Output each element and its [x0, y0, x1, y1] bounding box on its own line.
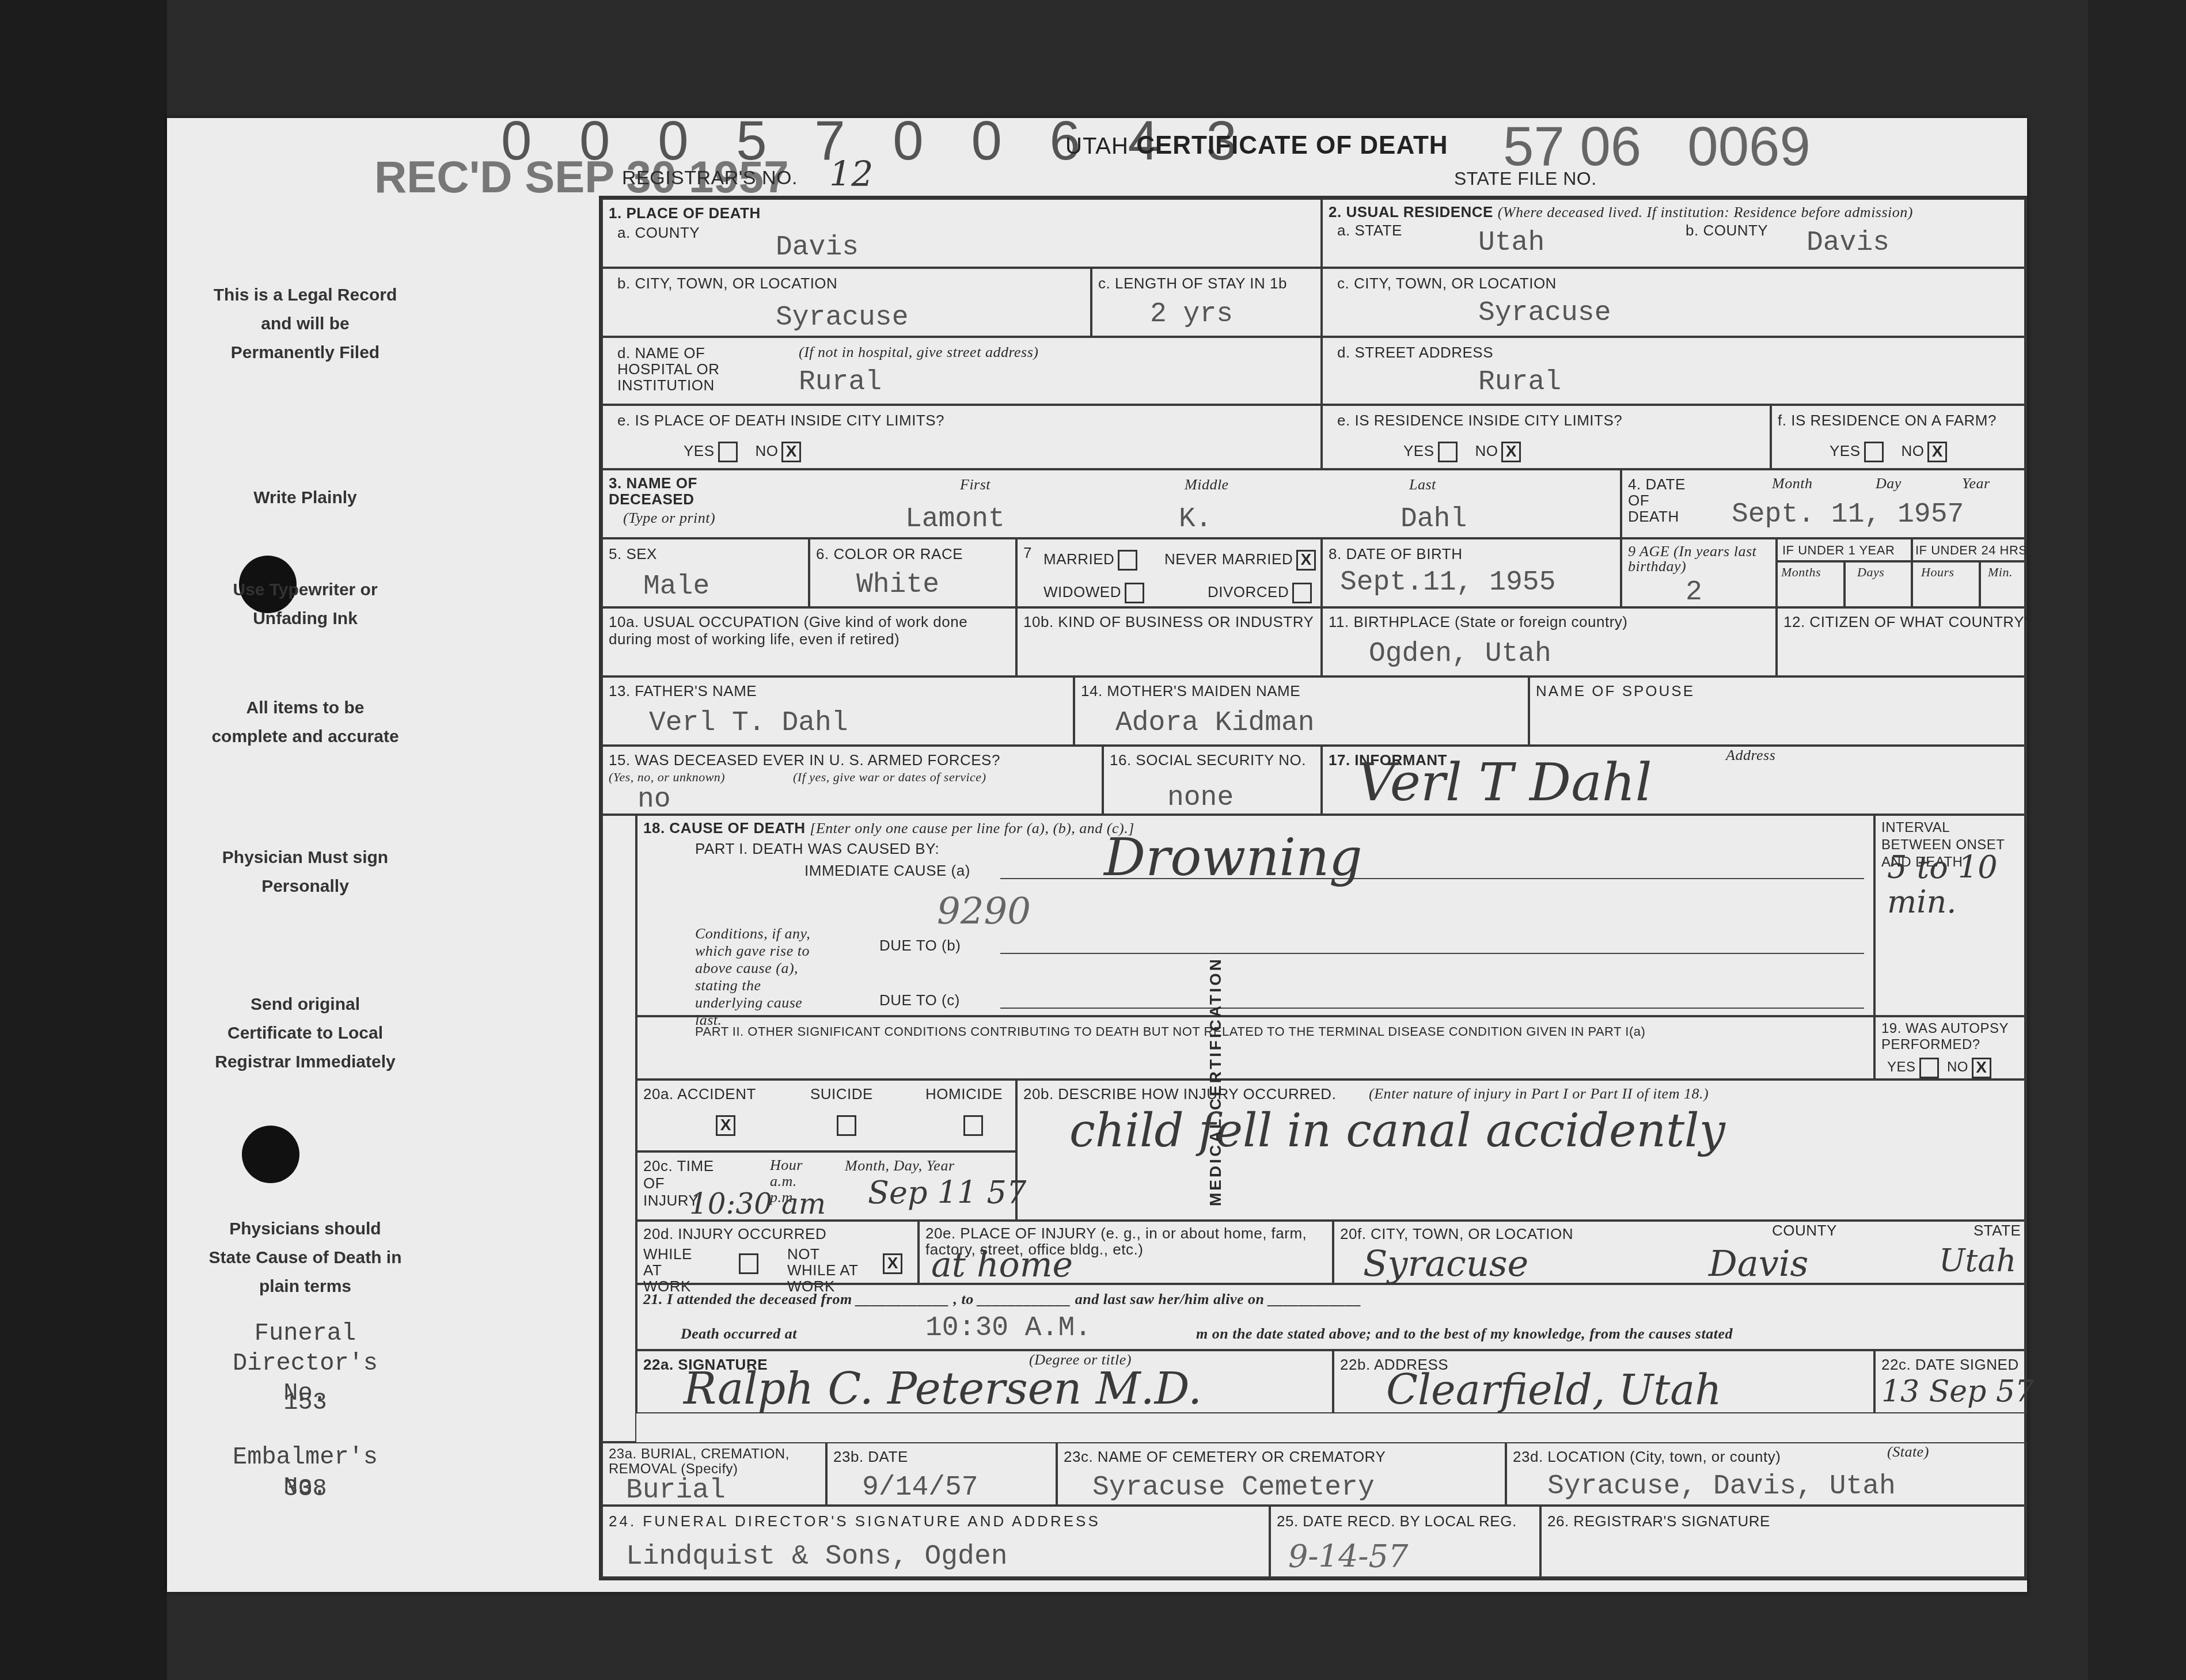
- armed-forces-cell: 15. WAS DECEASED EVER IN U. S. ARMED FOR…: [602, 746, 1103, 815]
- date-signed-label: 22c. DATE SIGNED: [1881, 1356, 2019, 1374]
- under-1-year-cell: IF UNDER 1 YEAR: [1777, 538, 1912, 561]
- deceased-middle-name: K.: [1179, 504, 1212, 535]
- accident-checkbox[interactable]: X: [716, 1115, 735, 1136]
- hospital-cell: d. NAME OF HOSPITAL OR INSTITUTION (If n…: [602, 337, 1322, 405]
- death-occurred-label: Death occurred at: [681, 1325, 797, 1343]
- armed-forces-note: (Yes, no, or unknown): [609, 770, 725, 785]
- farm-no-checkbox[interactable]: X: [1927, 442, 1947, 462]
- registrar-signature-cell: 26. REGISTRAR'S SIGNATURE: [1540, 1506, 2027, 1578]
- widowed-label: WIDOWED: [1043, 583, 1121, 600]
- cemetery-cell: 23c. NAME OF CEMETERY OR CREMATORY Syrac…: [1057, 1442, 1506, 1506]
- document-title: UTAH CERTIFICATE OF DEATH: [1065, 131, 1448, 160]
- autopsy-no-checkbox[interactable]: X: [1972, 1058, 1991, 1078]
- side-note: Physician Must sign Personally: [207, 843, 403, 901]
- occupation-cell: 10a. USUAL OCCUPATION (Give kind of work…: [602, 607, 1016, 676]
- due-to-b-line: [1000, 953, 1864, 954]
- min-cell: Min.: [1980, 561, 2027, 607]
- residence-inside-limits-cell: e. IS RESIDENCE INSIDE CITY LIMITS? YES …: [1322, 405, 1771, 469]
- street-label: d. STREET ADDRESS: [1337, 344, 1493, 362]
- hours-label: Hours: [1921, 565, 1955, 580]
- spouse-cell: NAME OF SPOUSE: [1529, 676, 2027, 746]
- married-checkbox[interactable]: [1118, 550, 1137, 571]
- death-city: Syracuse: [776, 302, 908, 333]
- min-label: Min.: [1988, 565, 2013, 580]
- burial-location-cell: 23d. LOCATION (City, town, or county) (S…: [1506, 1442, 2027, 1506]
- funeral-director: Lindquist & Sons, Ogden: [626, 1541, 1008, 1572]
- side-note: Write Plainly: [207, 484, 403, 512]
- part2-label: PART II. OTHER SIGNIFICANT CONDITIONS CO…: [695, 1024, 1645, 1039]
- cause-note: [Enter only one cause per line for (a), …: [810, 820, 1134, 837]
- date-of-death: Sept. 11, 1957: [1732, 499, 1964, 530]
- funeral-director-cell: 24. FUNERAL DIRECTOR'S SIGNATURE AND ADD…: [602, 1506, 1270, 1578]
- attendance-statement: 21. I attended the deceased from _______…: [643, 1291, 1362, 1308]
- state-label: a. STATE: [1337, 222, 1402, 240]
- date-of-death-cell: 4. DATE OF DEATH Month Day Year Sept. 11…: [1621, 469, 2027, 538]
- residence-county: Davis: [1807, 227, 1889, 259]
- month-label: Month: [1772, 475, 1812, 492]
- physician-signature: Ralph C. Petersen M.D.: [684, 1363, 1202, 1414]
- due-to-b-label: DUE TO (b): [879, 937, 961, 955]
- length-of-stay-label: c. LENGTH OF STAY IN 1b: [1098, 275, 1287, 292]
- cemetery-label: 23c. NAME OF CEMETERY OR CREMATORY: [1064, 1448, 1386, 1466]
- medical-certification-label: MEDICAL CERTIFICATION: [1206, 957, 1225, 1206]
- time-of-injury-cell: 20c. TIME OF INJURY Hour a.m. p.m. Month…: [636, 1151, 1016, 1221]
- inside-limits-yes-checkbox[interactable]: [718, 442, 738, 462]
- father-name: Verl T. Dahl: [649, 708, 848, 739]
- informant-signature: Verl T Dahl: [1357, 752, 1652, 813]
- date-of-birth: Sept.11, 1955: [1340, 567, 1555, 598]
- autopsy-label: 19. WAS AUTOPSY PERFORMED?: [1881, 1021, 2022, 1053]
- usual-residence-note: (Where deceased lived. If institution: R…: [1498, 204, 1913, 221]
- deceased-last-name: Dahl: [1401, 504, 1467, 535]
- residence-inside-limits-label: e. IS RESIDENCE INSIDE CITY LIMITS?: [1337, 412, 1622, 429]
- residence-county-label: b. COUNTY: [1686, 222, 1768, 240]
- ssn-label: 16. SOCIAL SECURITY NO.: [1110, 751, 1306, 769]
- birthplace-label: 11. BIRTHPLACE (State or foreign country…: [1329, 613, 1628, 631]
- city-label: b. CITY, TOWN, OR LOCATION: [617, 275, 837, 292]
- farm-yes-checkbox[interactable]: [1864, 442, 1884, 462]
- mother-label: 14. MOTHER'S MAIDEN NAME: [1081, 682, 1300, 700]
- funeral-director-no: 153: [207, 1388, 403, 1417]
- injury-state-label: STATE: [1974, 1222, 2021, 1240]
- funeral-director-label: 24. FUNERAL DIRECTOR'S SIGNATURE AND ADD…: [609, 1512, 1100, 1530]
- residence-limits-yes-checkbox[interactable]: [1438, 442, 1458, 462]
- date-of-injury: Sep 11 57: [868, 1175, 1026, 1211]
- suicide-label: SUICIDE: [810, 1085, 873, 1103]
- injury-county: Davis: [1709, 1242, 1808, 1284]
- mother-cell: 14. MOTHER'S MAIDEN NAME Adora Kidman: [1074, 676, 1529, 746]
- month-day-year-label: Month, Day, Year: [845, 1157, 955, 1175]
- deceased-name-label: 3. NAME OF DECEASED: [609, 474, 697, 508]
- immediate-cause: Drowning: [1104, 827, 1363, 888]
- sex-label: 5. SEX: [609, 545, 657, 563]
- days-cell: Days: [1845, 561, 1912, 607]
- residence-street-cell: d. STREET ADDRESS Rural: [1322, 337, 2027, 405]
- months-cell: Months: [1777, 561, 1845, 607]
- armed-forces: no: [637, 784, 671, 815]
- sex: Male: [643, 571, 709, 602]
- race: White: [856, 569, 939, 600]
- age-cell: 9 AGE (In years last birthday) 2: [1621, 538, 1777, 607]
- describe-injury-note: (Enter nature of injury in Part I or Par…: [1369, 1085, 1709, 1103]
- while-at-work-checkbox[interactable]: [739, 1253, 758, 1274]
- never-married-label: NEVER MARRIED: [1164, 550, 1293, 568]
- physician-address-cell: 22b. ADDRESS Clearfield, Utah: [1333, 1350, 1874, 1413]
- death-time: 10:30 A.M.: [925, 1313, 1091, 1344]
- father-label: 13. FATHER'S NAME: [609, 682, 757, 700]
- length-of-stay-cell: c. LENGTH OF STAY IN 1b 2 yrs: [1091, 268, 1322, 337]
- scan-background-right: [2088, 0, 2186, 1680]
- day-label: Day: [1876, 475, 1902, 492]
- dob-label: 8. DATE OF BIRTH: [1329, 545, 1462, 563]
- residence-city-cell: c. CITY, TOWN, OR LOCATION Syracuse: [1322, 268, 2027, 337]
- autopsy-yes-checkbox[interactable]: [1919, 1058, 1939, 1078]
- residence-street: Rural: [1478, 367, 1561, 398]
- side-note: Use Typewriter or Unfading Ink: [207, 576, 403, 633]
- occupation-label: 10a. USUAL OCCUPATION (Give kind of work…: [609, 613, 1006, 648]
- business-label: 10b. KIND OF BUSINESS OR INDUSTRY: [1023, 613, 1314, 631]
- physician-address: Clearfield, Utah: [1386, 1366, 1722, 1414]
- medical-certification-bar: [602, 815, 636, 1442]
- cause-code: 9290: [937, 891, 1031, 933]
- inside-city-limits-cell: e. IS PLACE OF DEATH INSIDE CITY LIMITS?…: [602, 405, 1322, 469]
- name-note: (Type or print): [623, 510, 715, 527]
- certificate-form: 1. PLACE OF DEATH a. COUNTY Davis b. CIT…: [599, 196, 2027, 1580]
- injury-city-label: 20f. CITY, TOWN, OR LOCATION: [1340, 1225, 1573, 1243]
- title-text: CERTIFICATE OF DEATH: [1136, 131, 1448, 159]
- interval-cell: INTERVAL BETWEEN ONSET AND DEATH 5 to 10…: [1874, 815, 2027, 1016]
- death-county: Davis: [776, 232, 859, 263]
- sex-cell: 5. SEX Male: [602, 538, 809, 607]
- married-label: MARRIED: [1043, 550, 1114, 568]
- burial-location: Syracuse, Davis, Utah: [1547, 1471, 1896, 1502]
- place-of-injury: at home: [931, 1245, 1073, 1285]
- date-of-death-label: 4. DATE OF DEATH: [1628, 476, 1697, 524]
- disposition: Burial: [626, 1475, 726, 1506]
- deceased-first-name: Lamont: [905, 504, 1005, 535]
- date-received: 9-14-57: [1288, 1538, 1408, 1575]
- registrars-no: 12: [829, 154, 873, 195]
- no-label: NO: [755, 442, 778, 459]
- last-label: Last: [1409, 476, 1436, 493]
- part1-label: PART I. DEATH WAS CAUSED BY:: [695, 840, 939, 858]
- informant-cell: 17. INFORMANT Address Verl T Dahl: [1322, 746, 2027, 815]
- yes-label: YES: [1403, 442, 1434, 459]
- farm-label: f. IS RESIDENCE ON A FARM?: [1778, 412, 1997, 429]
- marital-status-cell: 7 MARRIED NEVER MARRIEDX WIDOWED DIVORCE…: [1016, 538, 1322, 607]
- divorced-label: DIVORCED: [1208, 583, 1289, 600]
- under-1-year-label: IF UNDER 1 YEAR: [1782, 543, 1895, 558]
- injury-location-cell: 20f. CITY, TOWN, OR LOCATION COUNTY STAT…: [1333, 1221, 2027, 1284]
- business-cell: 10b. KIND OF BUSINESS OR INDUSTRY: [1016, 607, 1322, 676]
- punch-hole-icon: [242, 1126, 299, 1183]
- yes-label: YES: [684, 442, 715, 459]
- injury-city: Syracuse: [1363, 1242, 1528, 1284]
- side-note: All items to be complete and accurate: [207, 694, 403, 751]
- no-label: NO: [1475, 442, 1498, 459]
- inside-limits-no-checkbox[interactable]: X: [781, 442, 801, 462]
- hours-cell: Hours: [1912, 561, 1980, 607]
- ssn-cell: 16. SOCIAL SECURITY NO. none: [1103, 746, 1322, 815]
- not-while-at-work-checkbox[interactable]: X: [883, 1253, 902, 1274]
- due-to-c-label: DUE TO (c): [879, 991, 960, 1009]
- immediate-cause-label: IMMEDIATE CAUSE (a): [804, 862, 970, 880]
- scan-background-left: [0, 0, 167, 1680]
- side-note: Physicians should State Cause of Death i…: [207, 1215, 403, 1301]
- burial-location-label: 23d. LOCATION (City, town, or county): [1513, 1448, 1781, 1466]
- disposition-cell: 23a. BURIAL, CREMATION, REMOVAL (Specify…: [602, 1442, 826, 1506]
- side-note: Send original Certificate to Local Regis…: [207, 990, 403, 1077]
- days-label: Days: [1857, 565, 1884, 580]
- inside-limits-label: e. IS PLACE OF DEATH INSIDE CITY LIMITS?: [617, 412, 944, 429]
- registrar-signature-label: 26. REGISTRAR'S SIGNATURE: [1547, 1512, 1770, 1530]
- residence-city: Syracuse: [1478, 298, 1611, 329]
- birthplace: Ogden, Utah: [1369, 638, 1551, 670]
- deceased-name-cell: 3. NAME OF DECEASED (Type or print) Firs…: [602, 469, 1621, 538]
- disposition-label: 23a. BURIAL, CREMATION, REMOVAL (Specify…: [609, 1447, 804, 1477]
- hospital-label: d. NAME OF HOSPITAL OR INSTITUTION: [617, 345, 750, 393]
- farm-cell: f. IS RESIDENCE ON A FARM? YES NOX: [1771, 405, 2027, 469]
- county-label: a. COUNTY: [617, 224, 700, 242]
- cause-heading: 18. CAUSE OF DEATH: [643, 819, 806, 837]
- homicide-checkbox[interactable]: [963, 1115, 983, 1136]
- date-of-birth-cell: 8. DATE OF BIRTH Sept.11, 1955: [1322, 538, 1621, 607]
- hospital: Rural: [799, 367, 882, 398]
- interval: 5 to 10 min.: [1887, 850, 2020, 919]
- age-label: 9 AGE (In years last birthday): [1628, 544, 1772, 574]
- cause-of-death-cell: 18. CAUSE OF DEATH [Enter only one cause…: [636, 815, 1874, 1016]
- yes-label: YES: [1887, 1059, 1916, 1075]
- burial-state-label: (State): [1887, 1443, 1929, 1461]
- cemetery: Syracuse Cemetery: [1092, 1472, 1375, 1503]
- time-of-injury: 10:30 am: [689, 1187, 826, 1221]
- homicide-label: HOMICIDE: [925, 1085, 1003, 1103]
- birthplace-cell: 11. BIRTHPLACE (State or foreign country…: [1322, 607, 1777, 676]
- widowed-checkbox[interactable]: [1125, 583, 1144, 603]
- no-label: NO: [1901, 442, 1924, 459]
- marital-label: 7: [1023, 544, 1032, 562]
- length-of-stay: 2 yrs: [1150, 299, 1233, 330]
- death-statement: m on the date stated above; and to the b…: [1196, 1325, 1733, 1343]
- year-label: Year: [1962, 475, 1990, 492]
- suicide-checkbox[interactable]: [837, 1115, 856, 1136]
- side-note: This is a Legal Record and will be Perma…: [207, 281, 403, 367]
- place-of-death-city-cell: b. CITY, TOWN, OR LOCATION Syracuse: [602, 268, 1091, 337]
- injury-occurred-cell: 20d. INJURY OCCURRED WHILE AT WORK NOT W…: [636, 1221, 919, 1284]
- conditions-note: Conditions, if any, which gave rise to a…: [695, 925, 822, 1029]
- accident-label: 20a. ACCIDENT: [643, 1085, 756, 1103]
- date-signed-cell: 22c. DATE SIGNED 13 Sep 57: [1874, 1350, 2027, 1413]
- state-file-no-label: STATE FILE NO.: [1454, 168, 1597, 189]
- injury-description: child fell in canal accidently: [1069, 1104, 1725, 1157]
- ssn: none: [1167, 782, 1234, 814]
- part2-cell: PART II. OTHER SIGNIFICANT CONDITIONS CO…: [636, 1016, 1874, 1080]
- title-prefix: UTAH: [1065, 134, 1129, 159]
- manner-cell: 20a. ACCIDENT SUICIDE HOMICIDE X: [636, 1080, 1016, 1151]
- months-label: Months: [1781, 565, 1821, 580]
- no-label: NO: [1947, 1059, 1968, 1075]
- race-label: 6. COLOR OR RACE: [816, 545, 963, 563]
- injury-state: Utah: [1939, 1242, 2016, 1279]
- attendance-cell: 21. I attended the deceased from _______…: [636, 1284, 2027, 1350]
- date-received-label: 25. DATE RECD. BY LOCAL REG.: [1277, 1512, 1517, 1530]
- residence-city-label: c. CITY, TOWN, OR LOCATION: [1337, 275, 1557, 292]
- describe-injury-cell: 20b. DESCRIBE HOW INJURY OCCURRED. (Ente…: [1016, 1080, 2027, 1221]
- divorced-checkbox[interactable]: [1292, 583, 1312, 603]
- spouse-label: NAME OF SPOUSE: [1536, 682, 1695, 700]
- describe-injury-label: 20b. DESCRIBE HOW INJURY OCCURRED.: [1023, 1085, 1336, 1103]
- mother-name: Adora Kidman: [1115, 708, 1315, 739]
- residence-state: Utah: [1478, 227, 1544, 259]
- residence-limits-no-checkbox[interactable]: X: [1501, 442, 1521, 462]
- armed-forces-service-note: (If yes, give war or dates of service): [793, 770, 986, 785]
- father-cell: 13. FATHER'S NAME Verl T. Dahl: [602, 676, 1074, 746]
- signature-cell: 22a. SIGNATURE (Degree or title) Ralph C…: [636, 1350, 1333, 1413]
- autopsy-cell: 19. WAS AUTOPSY PERFORMED? YES NOX: [1874, 1016, 2027, 1080]
- usual-residence-heading: 2. USUAL RESIDENCE: [1329, 203, 1493, 221]
- burial-date-cell: 23b. DATE 9/14/57: [826, 1442, 1057, 1506]
- hospital-note: (If not in hospital, give street address…: [799, 344, 1038, 361]
- armed-forces-label: 15. WAS DECEASED EVER IN U. S. ARMED FOR…: [609, 751, 1000, 769]
- under-24-hrs-cell: IF UNDER 24 HRS.: [1912, 538, 2027, 561]
- residence-state-cell: 2. USUAL RESIDENCE (Where deceased lived…: [1322, 199, 2027, 268]
- burial-date-label: 23b. DATE: [833, 1448, 908, 1466]
- under-24-hrs-label: IF UNDER 24 HRS.: [1915, 543, 2031, 558]
- informant-address-label: Address: [1726, 747, 1775, 764]
- date-received-cell: 25. DATE RECD. BY LOCAL REG. 9-14-57: [1270, 1506, 1540, 1578]
- citizen-cell: 12. CITIZEN OF WHAT COUNTRY?: [1777, 607, 2027, 676]
- burial-date: 9/14/57: [862, 1472, 978, 1503]
- citizen-label: 12. CITIZEN OF WHAT COUNTRY?: [1783, 613, 2033, 631]
- place-of-injury-cell: 20e. PLACE OF INJURY (e. g., in or about…: [919, 1221, 1333, 1284]
- injury-county-label: COUNTY: [1772, 1222, 1837, 1240]
- date-signed: 13 Sep 57: [1881, 1374, 2034, 1409]
- age: 2: [1686, 577, 1702, 608]
- race-cell: 6. COLOR OR RACE White: [809, 538, 1016, 607]
- due-to-c-line: [1000, 1008, 1864, 1009]
- place-of-death-county-cell: 1. PLACE OF DEATH a. COUNTY Davis: [602, 199, 1322, 268]
- never-married-checkbox[interactable]: X: [1296, 550, 1316, 571]
- registrars-no-label: REGISTRAR'S NO.: [622, 167, 798, 189]
- first-label: First: [960, 476, 990, 493]
- embalmer-no: 338: [207, 1474, 403, 1504]
- place-of-death-heading: 1. PLACE OF DEATH: [609, 204, 761, 222]
- injury-occurred-label: 20d. INJURY OCCURRED: [643, 1225, 826, 1243]
- middle-label: Middle: [1185, 476, 1229, 493]
- yes-label: YES: [1830, 442, 1861, 459]
